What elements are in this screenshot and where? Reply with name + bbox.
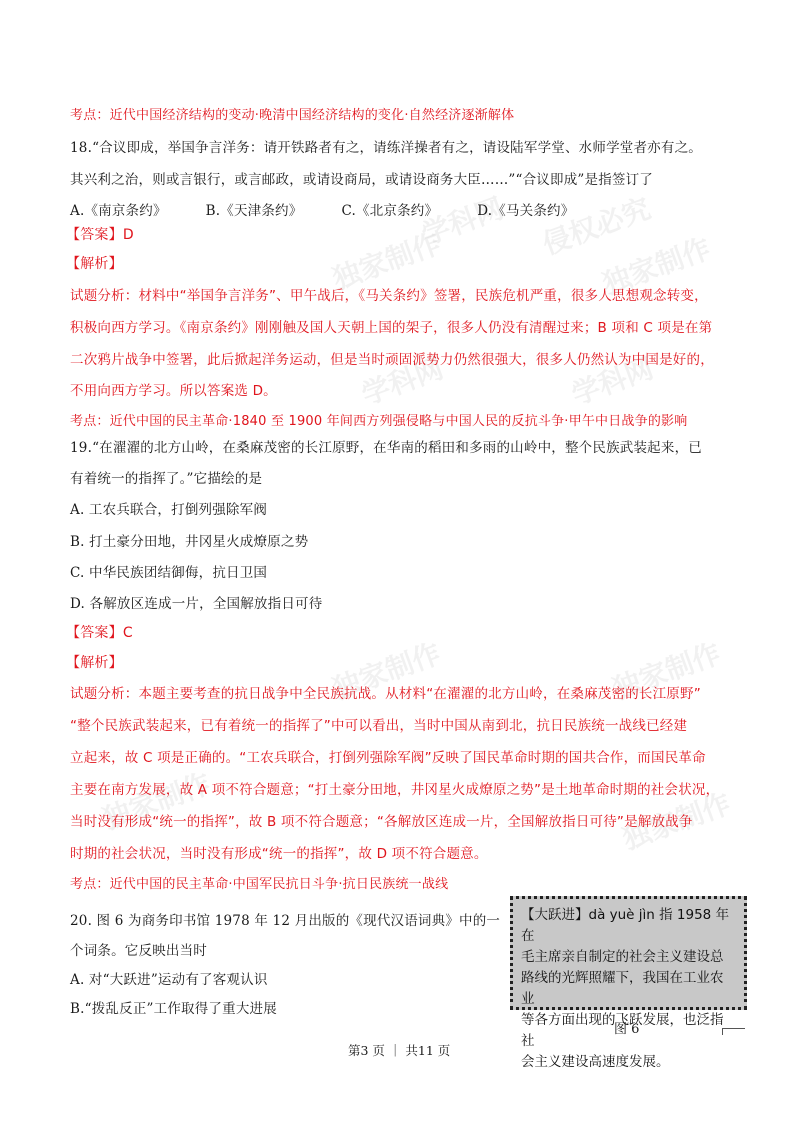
watermark: 学科网	[416, 187, 509, 253]
q20-option-a: A. 对“大跃进”运动有了客观认识	[70, 968, 268, 988]
q18-option-d: D.《马关条约》	[477, 203, 574, 219]
q19-option-c: C. 中华民族团结御侮，抗日卫国	[70, 561, 267, 581]
q19-analysis-label: 【解析】	[66, 652, 123, 672]
figure-line: 【大跃进】dà yuè jìn 指 1958 年在	[521, 905, 736, 947]
q19-analysis-line: 立起来，故 C 项是正确的。“工农兵联合，打倒列强除军阀”反映了国民革命时期的国…	[70, 746, 706, 766]
q19-answer: 【答案】C	[66, 622, 133, 642]
q18-analysis-line: 二次鸦片战争中签署，此后掀起洋务运动，但是当时顽固派势力仍然很强大，很多人仍然认…	[70, 348, 714, 368]
q19-analysis-line: 时期的社会状况，当时没有形成“统一的指挥”，故 D 项不符合题意。	[70, 842, 488, 862]
q20-stem-line1: 20. 图 6 为商务印书馆 1978 年 12 月出版的《现代汉语词典》中的一	[70, 909, 500, 929]
figure-line: 路线的光辉照耀下，我国在工业农业	[521, 968, 736, 1010]
q18-kaodian: 考点：近代中国的民主革命·1840 至 1900 年间西方列强侵略与中国人民的反…	[70, 410, 687, 429]
q19-analysis-line: 试题分析：本题主要考查的抗日战争中全民族抗战。从材料“在濯濯的北方山岭，在桑麻茂…	[70, 682, 701, 702]
q18-analysis-line: 积极向西方学习。《南京条约》刚刚触及国人天朝上国的架子，很多人仍没有清醒过来；B…	[70, 316, 712, 336]
q19-analysis-line: 主要在南方发展，故 A 项不符合题意；“打土豪分田地，井冈星火成燎原之势”是土地…	[70, 778, 719, 798]
q19-stem-line1: 19.“在濯濯的北方山岭，在桑麻茂密的长江原野，在华南的稻田和多雨的山岭中，整个…	[70, 436, 702, 456]
q19-option-a: A. 工农兵联合，打倒列强除军阀	[70, 498, 267, 518]
document-page: 学科网 侵权必究 独家制作 独家制作 学科网 学科网 独家制作 独家制作 独家制…	[0, 0, 793, 1122]
q19-analysis-line: 当时没有形成“统一的指挥”，故 B 项不符合题意；“各解放区连成一片，全国解放指…	[70, 810, 693, 830]
corner-mark	[722, 1028, 745, 1035]
q18-analysis-label: 【解析】	[66, 253, 123, 273]
q19-option-d: D. 各解放区连成一片，全国解放指日可待	[70, 592, 322, 612]
q18-options: A.《南京条约》 B.《天津条约》 C.《北京条约》 D.《马关条约》	[70, 199, 574, 219]
page-footer: 第3 页 ｜ 共11 页	[348, 1041, 450, 1059]
figure-line: 毛主席亲自制定的社会主义建设总	[521, 947, 736, 968]
q18-option-c: C.《北京条约》	[341, 203, 438, 219]
q19-option-b: B. 打土豪分田地，井冈星火成燎原之势	[70, 530, 308, 550]
figure-caption: 图 6	[614, 1018, 639, 1037]
q18-option-a: A.《南京条约》	[70, 203, 167, 219]
answer-label: 【答案】	[66, 625, 123, 641]
q18-analysis-line: 不用向西方学习。所以答案选 D。	[70, 379, 277, 399]
answer-label: 【答案】	[66, 227, 123, 243]
answer-value: D	[123, 227, 134, 243]
figure-line: 会主义建设高速度发展。	[521, 1052, 736, 1073]
q20-stem-line2: 个词条。它反映出当时	[70, 939, 207, 959]
answer-value: C	[123, 625, 133, 641]
q18-stem-line2: 其兴利之治，则或言银行，或言邮政，或请设商局，或请设商务大臣……”“合议即成”是…	[70, 168, 653, 188]
q17-kaodian: 考点：近代中国经济结构的变动·晚清中国经济结构的变化·自然经济逐渐解体	[70, 104, 514, 123]
q20-option-b: B.“拨乱反正”工作取得了重大进展	[70, 997, 277, 1017]
figure-6-dictionary-entry: 【大跃进】dà yuè jìn 指 1958 年在 毛主席亲自制定的社会主义建设…	[510, 896, 747, 1010]
q18-analysis-line: 试题分析：材料中“举国争言洋务”、甲午战后，《马关条约》签署，民族危机严重，很多…	[70, 284, 708, 304]
q19-kaodian: 考点：近代中国的民主革命·中国军民抗日斗争·抗日民族统一战线	[70, 873, 448, 892]
q18-stem-line1: 18.“合议即成，举国争言洋务：请开铁路者有之，请练洋操者有之，请设陆军学堂、水…	[70, 136, 702, 156]
q18-answer: 【答案】D	[66, 224, 134, 244]
q19-analysis-line: “整个民族武装起来，已有着统一的指挥了”中可以看出，当时中国从南到北，抗日民族统…	[70, 714, 687, 734]
q18-option-b: B.《天津条约》	[206, 203, 303, 219]
q19-stem-line2: 有着统一的指挥了。”它描绘的是	[70, 467, 262, 487]
